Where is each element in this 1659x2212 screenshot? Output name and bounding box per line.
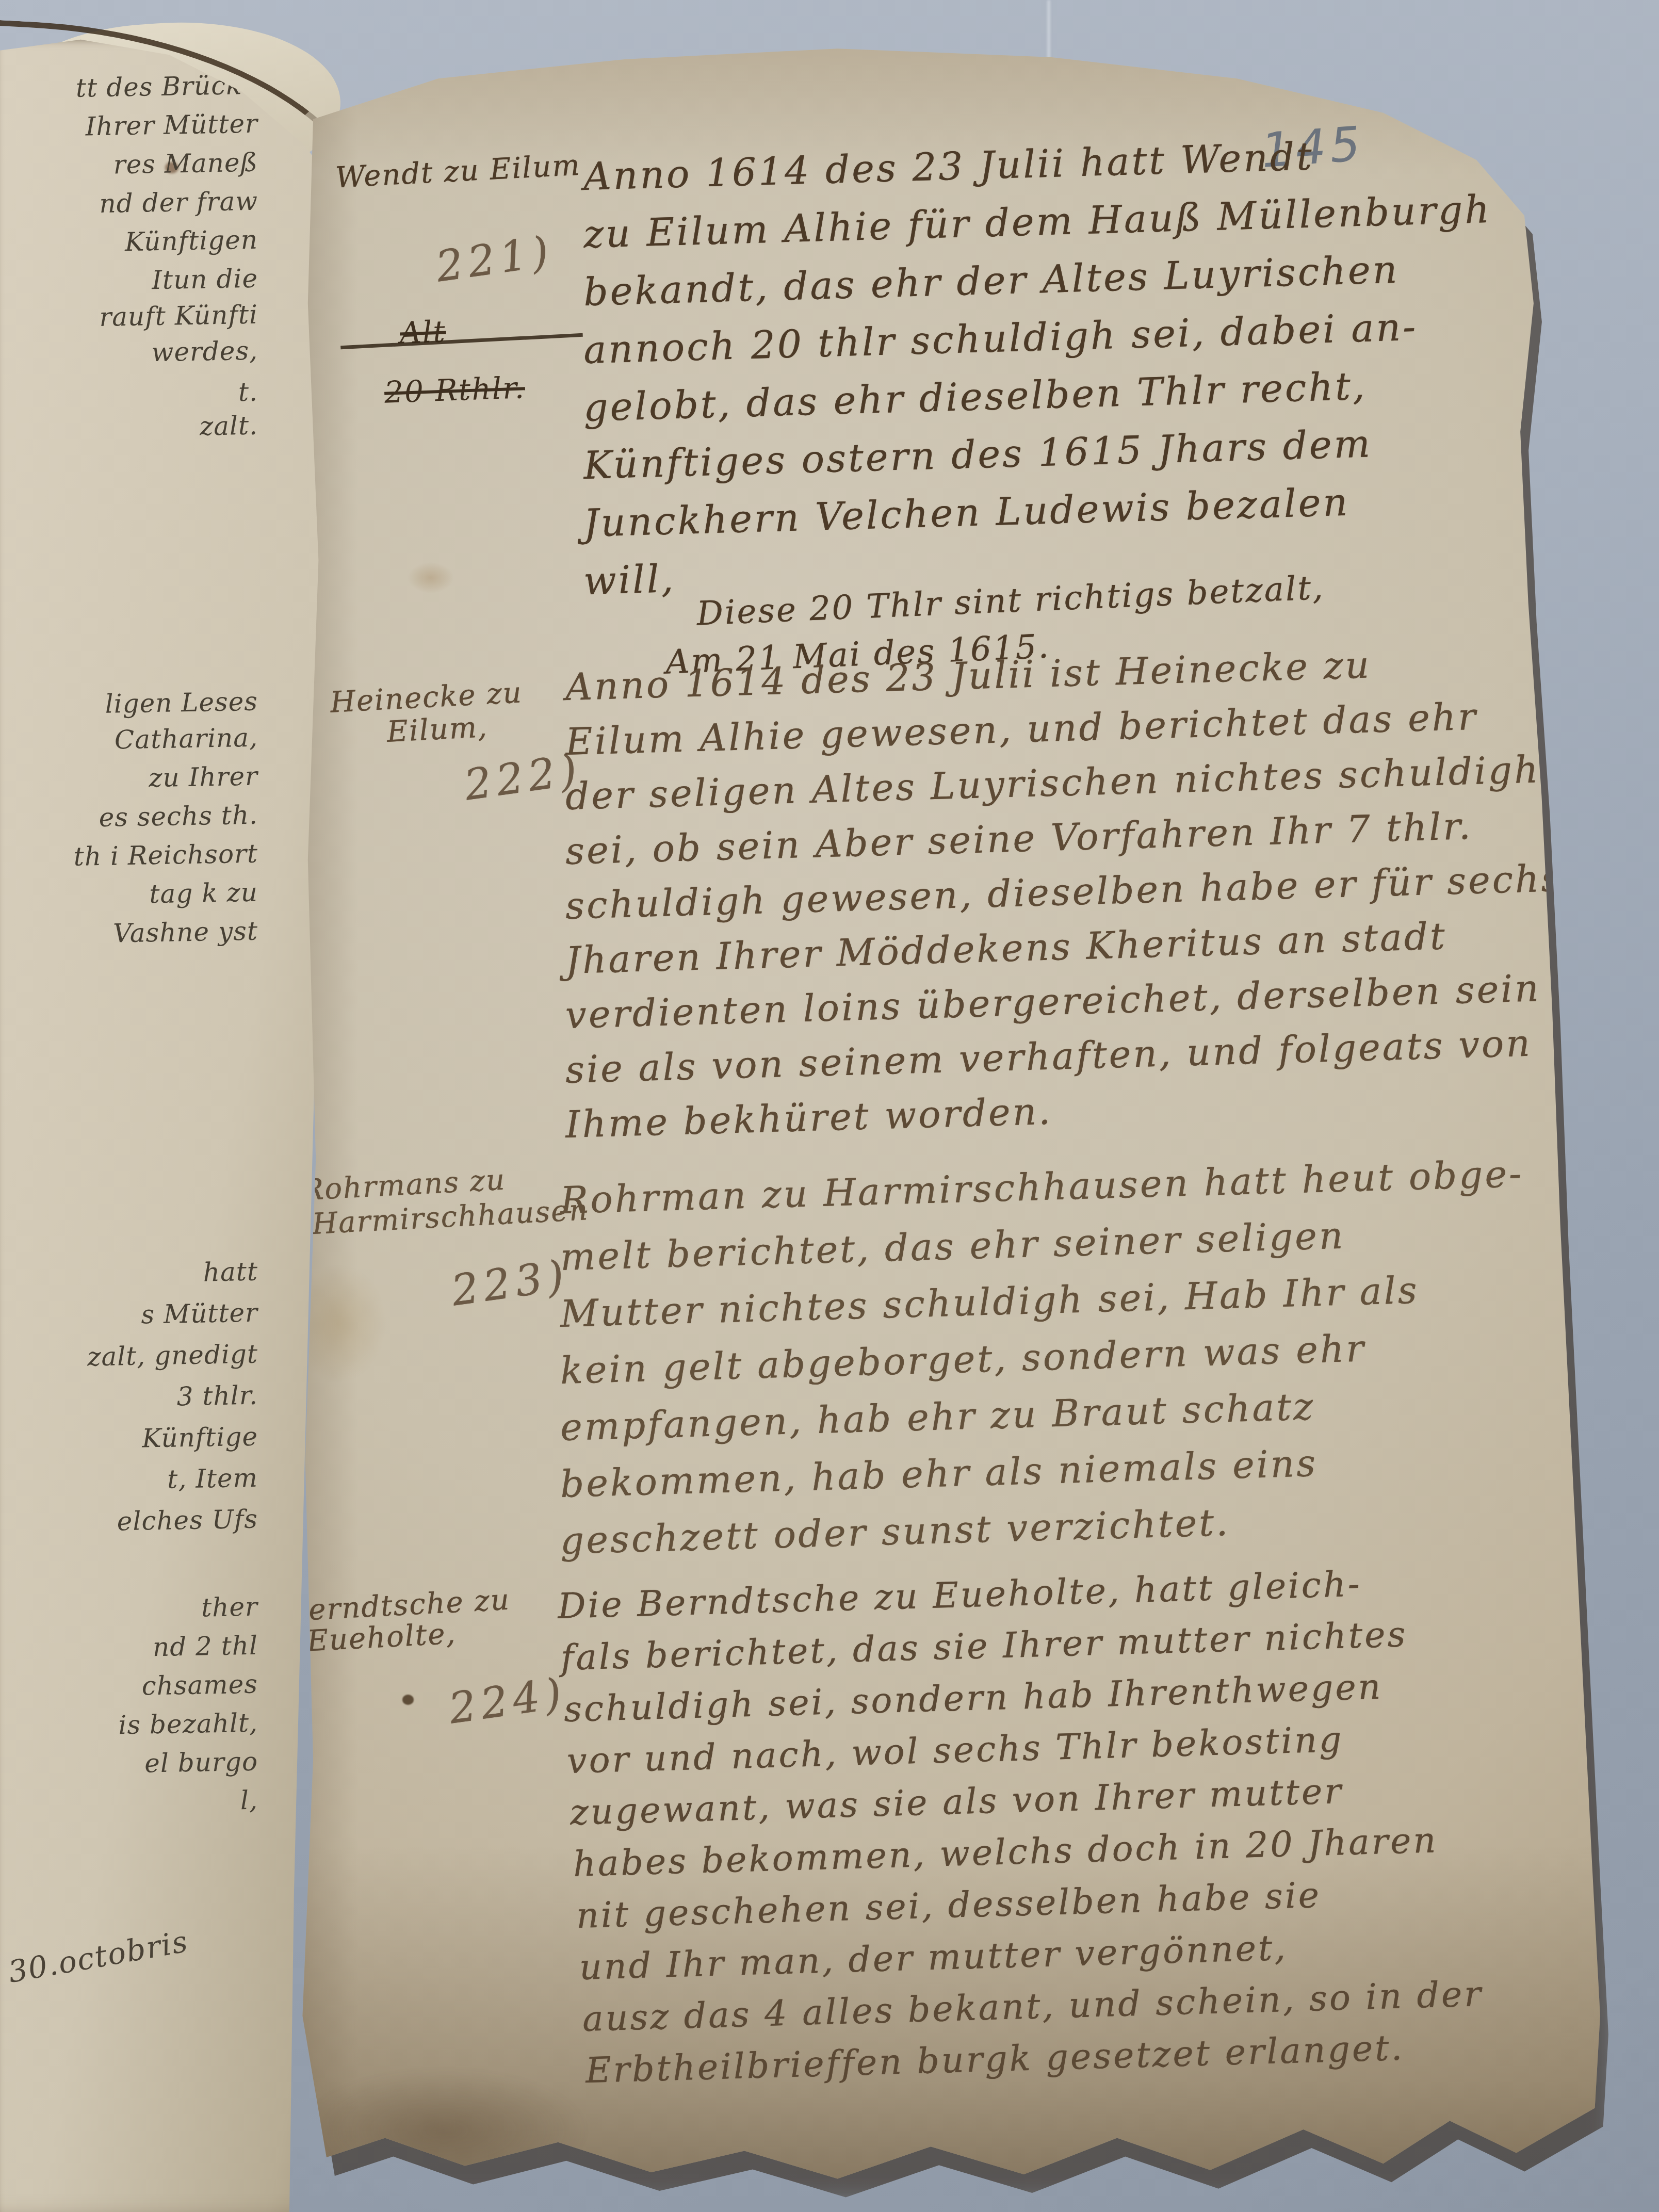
previous-page-text-fragment: t. xyxy=(0,377,258,412)
previous-page-text-fragment: rauft Künfti xyxy=(0,300,258,334)
previous-page-text-fragment: Vashne yst xyxy=(0,916,258,951)
manuscript-line: zu Eilum Alhie für dem Hauß Müllenburgh xyxy=(583,187,1492,257)
previous-page-text-fragment: Künftige xyxy=(0,1422,258,1456)
manuscript-line: Erbtheilbrieffen burgk gesetzet erlanget… xyxy=(585,2028,1405,2091)
manuscript-line: bekandt, das ehr der Altes Luyrischen xyxy=(583,248,1400,315)
manuscript-line: geschzett oder sunst verzichtet. xyxy=(560,1501,1230,1563)
entry-number: 224) xyxy=(446,1669,570,1734)
manuscript-line: Anno 1614 des 23 Julii hatt Wendt xyxy=(583,134,1314,199)
manuscript-line: melt berichtet, das ehr seiner seligen xyxy=(560,1214,1345,1279)
previous-page-text-fragment: elches Ufs xyxy=(0,1504,258,1539)
previous-page-date-note: 30.octobris xyxy=(6,1924,191,1990)
previous-page-text-fragment: zalt, gnedigt xyxy=(0,1339,258,1374)
previous-page-text-fragment: th i Reichsort xyxy=(0,839,258,873)
previous-page-text-fragment: es sechs th. xyxy=(0,800,258,835)
previous-page-text-fragment: werdes, xyxy=(0,336,258,370)
previous-page-text-fragment: zalt. xyxy=(0,411,258,445)
previous-page-text-fragment: Catharina, xyxy=(0,723,258,757)
manuscript-page: 145 Wendt zu Eilum221)Alt20 Rthlr.Anno 1… xyxy=(279,46,1609,2187)
previous-page-text-fragment: tag k zu xyxy=(0,877,258,912)
manuscript-line: und Ihr man, der mutter vergönnet, xyxy=(579,1928,1288,1988)
manuscript-line: Ihme bekhüret worden. xyxy=(565,1089,1053,1146)
payment-note-line: Diese 20 Thlr sint richtigs betzalt, xyxy=(696,569,1325,633)
manuscript-line: Die Berndtsche zu Eueholte, hatt gleich- xyxy=(557,1564,1362,1627)
entry-number: 221) xyxy=(433,227,557,292)
manuscript-line: nit geschehen sei, desselben habe sie xyxy=(576,1875,1322,1937)
manuscript-line: will, xyxy=(583,557,676,604)
previous-page-text-fragment: s Mütter xyxy=(0,1298,258,1332)
paper-stain xyxy=(408,562,454,593)
entry-margin-note: Eueholte, xyxy=(306,1617,457,1658)
manuscript-line: zugewant, was sie als von Ihrer mutter xyxy=(570,1771,1344,1833)
previous-page-text-fragment: l, xyxy=(0,1785,258,1820)
previous-page-text-fragment: is bezahlt, xyxy=(0,1708,258,1743)
previous-page-text-fragment: chsames xyxy=(0,1669,258,1704)
previous-page-text-fragment: Itun die xyxy=(0,264,258,298)
entry-margin-note: Wendt zu Eilum xyxy=(335,149,581,195)
cancellation-stroke xyxy=(340,333,583,350)
manuscript-line: Junckhern Velchen Ludewis bezalen xyxy=(583,480,1350,546)
manuscript-line: vor und nach, wol sechs Thlr bekosting xyxy=(566,1719,1344,1782)
previous-page-text-fragment: ligen Leses xyxy=(0,687,258,721)
entry-number: 223) xyxy=(449,1251,573,1316)
manuscript-line: kein gelt abgeborget, sondern was ehr xyxy=(560,1326,1367,1392)
manuscript-line: empfangen, hab ehr zu Braut schatz xyxy=(560,1385,1315,1449)
manuscript-line: gelobt, das ehr dieselben Thlr recht, xyxy=(583,364,1367,430)
previous-page-text-fragment: 3 thlr. xyxy=(0,1380,258,1415)
manuscript-line: Künftiges ostern des 1615 Jhars dem xyxy=(583,421,1373,488)
manuscript-line: schuldigh sei, sondern hab Ihrenthwegen xyxy=(563,1667,1383,1730)
manuscript-line: Mutter nichtes schuldigh sei, Hab Ihr al… xyxy=(560,1268,1420,1336)
previous-page-text-fragment: ther xyxy=(0,1592,258,1627)
manuscript-line: annoch 20 thlr schuldigh sei, dabei an- xyxy=(583,305,1418,372)
previous-page-text-fragment: t, Item xyxy=(0,1463,258,1498)
cancelled-margin-note: 20 Rthlr. xyxy=(384,370,526,410)
previous-page-text-fragment: el burgo xyxy=(0,1747,258,1781)
ink-spot xyxy=(402,1695,414,1705)
manuscript-line: Jharen Ihrer Möddekens Kheritus an stadt xyxy=(565,914,1447,982)
previous-page-text-fragment: zu Ihrer xyxy=(0,761,258,796)
manuscript-photo: 30.octobris tt des BrückeIhrer Mütterres… xyxy=(0,0,1659,2212)
entry-margin-note: Eilum, xyxy=(386,710,489,749)
previous-page-text-fragment: nd 2 thl xyxy=(0,1631,258,1665)
previous-page-text-fragment: hatt xyxy=(0,1257,258,1291)
manuscript-line: bekommen, hab ehr als niemals eins xyxy=(560,1441,1318,1506)
manuscript-line: Rohrman zu Harmirschhausen hatt heut obg… xyxy=(560,1152,1524,1222)
